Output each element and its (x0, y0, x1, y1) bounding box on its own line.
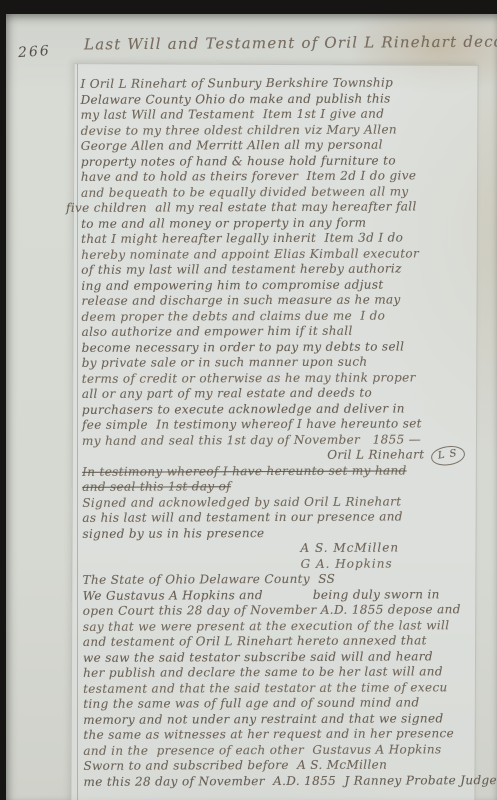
document-line: fee simple In testimony whereof I have h… (82, 416, 475, 433)
document-line: Signed and acknowledged by said Oril L R… (82, 494, 475, 511)
margin-rule-line (77, 64, 78, 800)
document-line: Delaware County Ohio do make and publish… (81, 91, 474, 108)
photo-background: 266 Last Will and Testament of Oril L Ri… (0, 0, 497, 800)
document-line: purchasers to execute acknowledge and de… (82, 401, 475, 418)
document-line: We Gustavus A Hopkins and being duly swo… (83, 587, 476, 604)
document-line: Sworn to and subscribed before A S. McMi… (83, 757, 476, 774)
document-line: release and discharge in such measure as… (81, 292, 474, 309)
document-line: ting the same was of full age and of sou… (83, 695, 476, 712)
ledger-page: 266 Last Will and Testament of Oril L Ri… (6, 14, 497, 800)
document-line: The State of Ohio Delaware County SS (83, 571, 476, 588)
page-number: 266 (17, 43, 51, 61)
document-line: and bequeath to be equally divided betwe… (81, 184, 474, 201)
document-line: In testimony whereof I have hereunto set… (82, 463, 475, 480)
document-line: ing and empowering him to compromise adj… (81, 277, 474, 294)
document-line: her publish and declare the same to be h… (83, 664, 476, 681)
document-line: also authorize and empower him if it sha… (82, 323, 475, 340)
document-line: and seal this 1st day of (82, 478, 475, 495)
document-line: to me and all money or property in any f… (81, 215, 474, 232)
document-line: G A. Hopkins (83, 556, 476, 573)
document-line: five children all my real estate that ma… (66, 199, 474, 216)
document-line: terms of credit or otherwise as he may t… (82, 370, 475, 387)
document-line: have and to hold as theirs forever Item … (81, 168, 474, 185)
document-line: property notes of hand & house hold furn… (81, 153, 474, 170)
document-line: testament and that the said testator at … (83, 680, 476, 697)
document-line: A S. McMillen (82, 540, 475, 557)
document-line: and in the presence of each other Gustav… (83, 742, 476, 759)
document-line: and testament of Oril L Rinehart hereto … (83, 633, 476, 650)
document-line: memory and not under any restraint and t… (83, 711, 476, 728)
document-line: my last Will and Testament Item 1st I gi… (81, 106, 474, 123)
document-line: as his last will and testament in our pr… (82, 509, 475, 526)
document-line: all or any part of my real estate and de… (82, 385, 475, 402)
page-title: Last Will and Testament of Oril L Rineha… (84, 33, 487, 54)
document-line: hereby nominate and appoint Elias Kimbal… (81, 246, 474, 263)
document-line: we saw the said testator subscribe said … (83, 649, 476, 666)
document-line: say that we were present at the executio… (83, 618, 476, 635)
document-line: deem proper the debts and claims due me … (81, 308, 474, 325)
document-line: Oril L RinehartL S (82, 447, 475, 464)
document-line: my hand and seal this 1st day of Novembe… (82, 432, 475, 449)
document-line: of this my last will and testament hereb… (81, 261, 474, 278)
document-line: I Oril L Rinehart of Sunbury Berkshire T… (80, 75, 473, 92)
document-line: that I might hereafter legally inherit I… (81, 230, 474, 247)
document-line: open Court this 28 day of November A.D. … (83, 602, 476, 619)
document-lines: I Oril L Rinehart of Sunbury Berkshire T… (80, 75, 476, 790)
document-line: become necessary in order to pay my debt… (82, 339, 475, 356)
document-line: by private sale or in such manner upon s… (82, 354, 475, 371)
document-line: devise to my three oldest children viz M… (81, 122, 474, 139)
document-line: me this 28 day of November A.D. 1855 J R… (83, 773, 476, 790)
document-line: George Allen and Merritt Allen all my pe… (81, 137, 474, 154)
document-line: the same as witnesses at her request and… (83, 726, 476, 743)
document-line: signed by us in his presence (82, 525, 475, 542)
